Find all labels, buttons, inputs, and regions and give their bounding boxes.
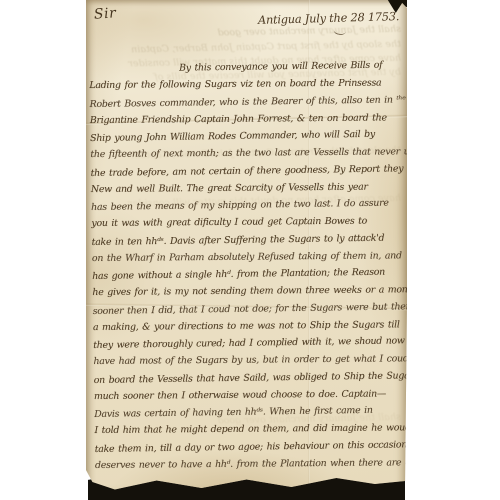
letter-line: a making, & your directions to me was no… <box>93 319 410 339</box>
letter-line: much sooner then I otherwaise woud choos… <box>94 388 411 408</box>
scanned-letter-page: shall the January merchant over good the… <box>0 0 500 500</box>
letter-line: New and well Built. The great Scarcity o… <box>91 181 408 201</box>
letter-line: the fifteenth of next month; as the two … <box>90 147 407 167</box>
letter-line: deserves never to have a hhᵈ. from the P… <box>95 457 412 477</box>
letter-line: you it was with great dificulty I coud g… <box>91 215 408 235</box>
salutation: Sir <box>93 5 116 23</box>
letter-line: he gives for it, is my not sending them … <box>92 284 409 304</box>
bleedthrough-text: shall the January merchant over good <box>86 24 401 42</box>
letter-line: Lading for the following Sugars viz ten … <box>89 78 406 98</box>
letter-line: I told him that he might depend on them,… <box>94 422 411 442</box>
letter-line: have had most of the Sugars by us, but i… <box>93 353 410 373</box>
letter-line: Brigantine Friendship Captain John Forre… <box>90 112 407 132</box>
letter-line: on the Wharf in Parham absolutely Refuse… <box>92 250 409 270</box>
letter-photo: shall the January merchant over good the… <box>86 0 407 500</box>
letter-body: By this conveyance you will Receive Bill… <box>89 59 412 478</box>
letter-paper: shall the January merchant over good the… <box>86 0 407 500</box>
